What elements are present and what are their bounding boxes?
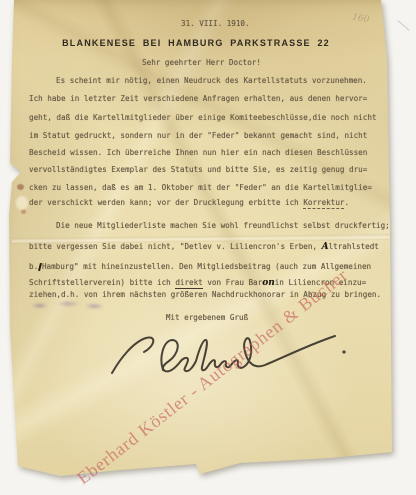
handwritten-a-correction: A [322, 242, 329, 252]
signature-period-dot [342, 350, 345, 353]
date-line: 31. VIII. 1910. [181, 19, 250, 29]
body-line-p1-7: cken zu lassen, daß es am 1. Oktober mit… [29, 183, 389, 193]
underlined-word-korrektur: Korrektur [303, 198, 344, 209]
paper-wear-spot [16, 196, 28, 210]
closing-line: Mit ergebenem Gruß [40, 313, 374, 323]
scanned-letter-photo: 31. VIII. 1910. 160 BLANKENESE BEI HAMBU… [0, 0, 416, 495]
faded-ink-smudge [28, 299, 106, 311]
handwritten-on-correction: on [262, 278, 275, 288]
body-text: bitte vergessen Sie dabei nicht, "Detlev… [29, 242, 322, 251]
body-text: der verschickt werden kann; vor der Druc… [29, 198, 303, 207]
body-line-p1-2: Ich habe in letzter Zeit verschiedene An… [29, 94, 389, 104]
body-text: b. [29, 262, 38, 271]
body-line-p1-8: der verschickt werden kann; vor der Druc… [29, 198, 389, 208]
body-line-p1-1: Es scheint mir nötig, einen Neudruck des… [29, 76, 416, 86]
blemish-spot [17, 184, 24, 190]
body-line-p1-6: vervollständigtes Exemplar des Statuts u… [29, 165, 389, 175]
salutation: Sehr geehrter Herr Doctor! [40, 58, 363, 68]
body-text: Hamburg" mit hineinzustellen. Den Mitgli… [42, 262, 371, 271]
body-text: ltrahlstedt [329, 242, 379, 251]
body-text: . [344, 198, 349, 207]
underlined-word-direkt: direkt [175, 278, 202, 289]
body-line-p1-3: geht, daß die Kartellmitglieder über ein… [29, 113, 389, 123]
signature-lead-swash [112, 337, 153, 373]
body-line-p1-4: im Statut gedruckt, sondern nur in der "… [29, 131, 389, 141]
body-line-p2-1: Die neue Mitgliederliste machen Sie wohl… [29, 221, 416, 231]
body-text: von Frau Bar [203, 278, 262, 287]
body-line-p2-2: bitte vergessen Sie dabei nicht, "Detlev… [29, 242, 389, 252]
body-line-p1-5: Bescheid wissen. Ich überreiche Ihnen nu… [29, 148, 389, 158]
letterhead: BLANKENESE BEI HAMBURG PARKSTRASSE 22 [40, 38, 352, 48]
body-text: Schriftstellerverein) bitte ich [29, 278, 175, 287]
